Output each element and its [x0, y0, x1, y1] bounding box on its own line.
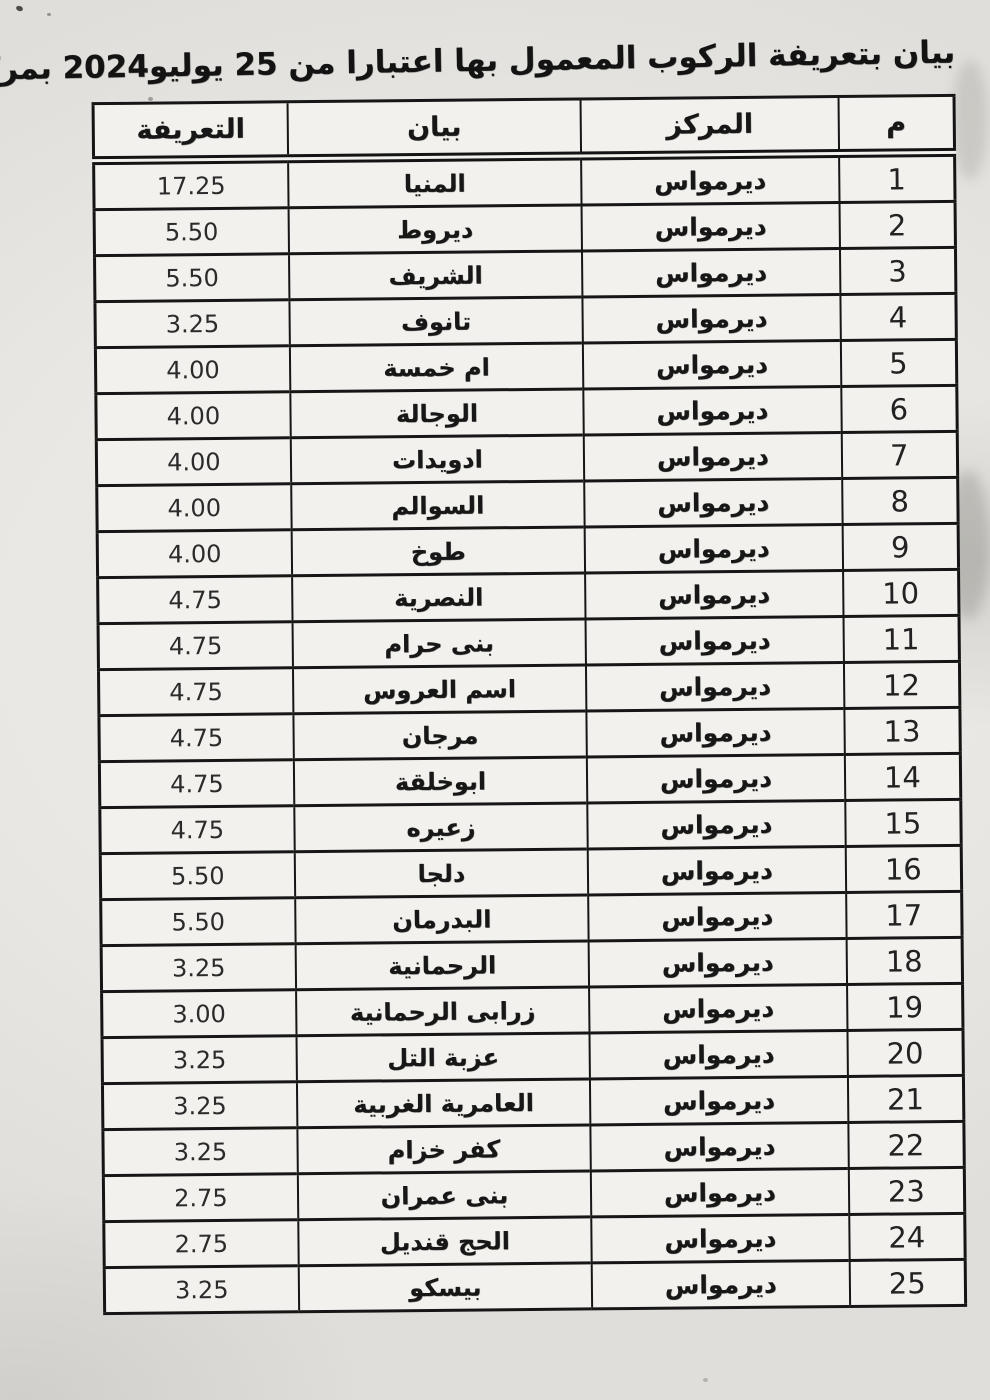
destination-cell: الرحمانية — [295, 941, 589, 990]
col-header-center: المركز — [581, 97, 839, 156]
row-number-cell: 25 — [849, 1259, 965, 1306]
row-number-cell: 3 — [840, 247, 956, 294]
fare-cell: 5.50 — [100, 852, 295, 900]
center-cell: ديرمواس — [590, 1122, 848, 1170]
center-cell: ديرمواس — [582, 248, 840, 296]
center-cell: ديرمواس — [590, 1030, 848, 1078]
table-row: 9 ديرمواس طوخ 4.00 — [97, 523, 958, 577]
center-cell: ديرمواس — [591, 1214, 849, 1262]
row-number-cell: 4 — [840, 293, 956, 340]
row-number-cell: 15 — [845, 799, 961, 846]
header-row: م المركز بيان التعريفة — [93, 95, 955, 160]
table-row: 14 ديرمواس ابوخلقة 4.75 — [99, 753, 960, 807]
fare-cell: 5.50 — [95, 254, 290, 302]
table-row: 15 ديرمواس زعيره 4.75 — [100, 799, 961, 853]
destination-cell: الحج قنديل — [298, 1217, 592, 1266]
fare-cell: 3.00 — [102, 990, 297, 1038]
table-row: 13 ديرمواس مرجان 4.75 — [99, 707, 960, 761]
destination-cell: النصرية — [292, 573, 586, 622]
row-number-cell: 16 — [845, 845, 961, 892]
fare-cell: 4.00 — [97, 530, 292, 578]
document-title: بيان بتعريفة الركوب المعمول بها اعتبارا … — [91, 34, 955, 85]
destination-cell: بنى عمران — [298, 1171, 592, 1220]
row-number-cell: 2 — [839, 201, 955, 248]
col-header-fare: التعريفة — [93, 102, 288, 161]
center-cell: ديرمواس — [589, 938, 847, 986]
destination-cell: ادويدات — [290, 435, 584, 484]
table-row: 25 ديرمواس بيسكو 3.25 — [104, 1259, 965, 1313]
destination-cell: الشريف — [289, 251, 583, 300]
destination-cell: ام خمسة — [290, 343, 584, 392]
fare-cell: 4.75 — [99, 760, 294, 808]
row-number-cell: 12 — [844, 661, 960, 708]
fare-cell: 4.00 — [96, 392, 291, 440]
row-number-cell: 10 — [843, 569, 959, 616]
center-cell: ديرمواس — [587, 800, 845, 848]
row-number-cell: 23 — [849, 1167, 965, 1214]
fare-cell: 4.75 — [98, 576, 293, 624]
destination-cell: الوجالة — [290, 389, 584, 438]
fare-cell: 4.75 — [98, 622, 293, 670]
fare-cell: 5.50 — [94, 208, 289, 256]
table-row: 8 ديرمواس السوالم 4.00 — [97, 477, 958, 531]
page: { "title": "بيان بتعريفة الركوب المعمول … — [0, 0, 990, 1400]
row-number-cell: 7 — [841, 431, 957, 478]
row-number-cell: 20 — [847, 1029, 963, 1076]
table-row: 17 ديرمواس البدرمان 5.50 — [101, 891, 962, 945]
table-row: 5 ديرمواس ام خمسة 4.00 — [95, 339, 956, 393]
center-cell: ديرمواس — [584, 478, 842, 526]
center-cell: ديرمواس — [587, 708, 845, 756]
table-row: 21 ديرمواس العامرية الغربية 3.25 — [102, 1075, 963, 1129]
destination-cell: تانوف — [289, 297, 583, 346]
destination-cell: السوالم — [291, 481, 585, 530]
scan-speck — [703, 1378, 708, 1382]
center-cell: ديرمواس — [585, 524, 843, 572]
fare-cell: 2.75 — [103, 1174, 298, 1222]
destination-cell: زعيره — [294, 803, 588, 852]
destination-cell: ديروط — [288, 205, 582, 254]
fare-cell: 4.00 — [96, 438, 291, 486]
table-row: 6 ديرمواس الوجالة 4.00 — [96, 385, 957, 439]
table-row: 20 ديرمواس عزبة التل 3.25 — [102, 1029, 963, 1083]
destination-cell: ابوخلقة — [294, 757, 588, 806]
center-cell: ديرمواس — [590, 1076, 848, 1124]
fare-cell: 3.25 — [102, 1082, 297, 1130]
center-cell: ديرمواس — [583, 340, 841, 388]
fare-cell: 4.75 — [98, 668, 293, 716]
center-cell: ديرمواس — [584, 432, 842, 480]
row-number-cell: 5 — [841, 339, 957, 386]
table-row: 19 ديرمواس زرابى الرحمانية 3.00 — [102, 983, 963, 1037]
center-cell: ديرمواس — [586, 662, 844, 710]
scan-speck — [47, 13, 51, 16]
fare-cell: 4.00 — [95, 346, 290, 394]
table-row: 1 ديرمواس المنيا 17.25 — [94, 152, 955, 209]
center-cell: ديرمواس — [591, 1168, 849, 1216]
destination-cell: المنيا — [288, 156, 582, 208]
row-number-cell: 14 — [845, 753, 961, 800]
table-row: 2 ديرمواس ديروط 5.50 — [94, 201, 955, 255]
center-cell: ديرمواس — [585, 570, 843, 618]
destination-cell: طوخ — [291, 527, 585, 576]
destination-cell: اسم العروس — [293, 665, 587, 714]
center-cell: ديرمواس — [588, 846, 846, 894]
center-cell: ديرمواس — [582, 203, 840, 251]
fare-cell: 3.25 — [101, 944, 296, 992]
destination-cell: دلجا — [294, 849, 588, 898]
row-number-cell: 19 — [847, 983, 963, 1030]
scanned-page: بيان بتعريفة الركوب المعمول بها اعتبارا … — [0, 0, 990, 1400]
row-number-cell: 8 — [842, 477, 958, 524]
col-header-statement: بيان — [287, 99, 581, 159]
center-cell: ديرمواس — [589, 984, 847, 1032]
fare-table: م المركز بيان التعريفة 1 ديرمواس المنيا … — [92, 94, 968, 1315]
destination-cell: بنى حرام — [292, 619, 586, 668]
col-header-num: م — [838, 95, 954, 153]
center-cell: ديرمواس — [583, 386, 841, 434]
scan-smudge — [952, 60, 988, 180]
fare-cell: 3.25 — [104, 1266, 299, 1314]
fare-cell: 3.25 — [95, 300, 290, 348]
row-number-cell: 6 — [841, 385, 957, 432]
center-cell: ديرمواس — [583, 294, 841, 342]
destination-cell: العامرية الغربية — [297, 1079, 591, 1128]
center-cell: ديرمواس — [586, 616, 844, 664]
fare-cell: 5.50 — [101, 898, 296, 946]
table-row: 10 ديرمواس النصرية 4.75 — [98, 569, 959, 623]
row-number-cell: 24 — [849, 1213, 965, 1260]
row-number-cell: 1 — [839, 152, 955, 202]
center-cell: ديرمواس — [588, 892, 846, 940]
row-number-cell: 18 — [846, 937, 962, 984]
center-cell: ديرمواس — [587, 754, 845, 802]
fare-cell: 3.25 — [103, 1128, 298, 1176]
table-row: 16 ديرمواس دلجا 5.50 — [100, 845, 961, 899]
row-number-cell: 22 — [848, 1121, 964, 1168]
center-cell: ديرمواس — [581, 154, 839, 205]
document-sheet: بيان بتعريفة الركوب المعمول بها اعتبارا … — [91, 24, 967, 1315]
table-row: 4 ديرمواس تانوف 3.25 — [95, 293, 956, 347]
destination-cell: بيسكو — [298, 1263, 592, 1312]
row-number-cell: 9 — [842, 523, 958, 570]
scan-speck — [15, 5, 23, 12]
table-row: 3 ديرمواس الشريف 5.50 — [95, 247, 956, 301]
fare-cell: 4.75 — [99, 714, 294, 762]
destination-cell: مرجان — [293, 711, 587, 760]
destination-cell: البدرمان — [295, 895, 589, 944]
center-cell: ديرمواس — [592, 1260, 850, 1308]
table-row: 11 ديرمواس بنى حرام 4.75 — [98, 615, 959, 669]
table-body: 1 ديرمواس المنيا 17.25 2 ديرمواس ديروط 5… — [94, 152, 966, 1313]
destination-cell: زرابى الرحمانية — [296, 987, 590, 1036]
table-row: 24 ديرمواس الحج قنديل 2.75 — [104, 1213, 965, 1267]
row-number-cell: 13 — [844, 707, 960, 754]
table-row: 22 ديرمواس كفر خزام 3.25 — [103, 1121, 964, 1175]
fare-cell: 2.75 — [104, 1220, 299, 1268]
fare-cell: 4.75 — [100, 806, 295, 854]
fare-cell: 4.00 — [97, 484, 292, 532]
table-row: 7 ديرمواس ادويدات 4.00 — [96, 431, 957, 485]
table-header: م المركز بيان التعريفة — [93, 95, 955, 160]
fare-cell: 3.25 — [102, 1036, 297, 1084]
table-row: 23 ديرمواس بنى عمران 2.75 — [103, 1167, 964, 1221]
table-row: 12 ديرمواس اسم العروس 4.75 — [98, 661, 959, 715]
table-row: 18 ديرمواس الرحمانية 3.25 — [101, 937, 962, 991]
row-number-cell: 21 — [848, 1075, 964, 1122]
destination-cell: عزبة التل — [296, 1033, 590, 1082]
row-number-cell: 17 — [846, 891, 962, 938]
fare-cell: 17.25 — [94, 159, 289, 210]
destination-cell: كفر خزام — [297, 1125, 591, 1174]
row-number-cell: 11 — [843, 615, 959, 662]
